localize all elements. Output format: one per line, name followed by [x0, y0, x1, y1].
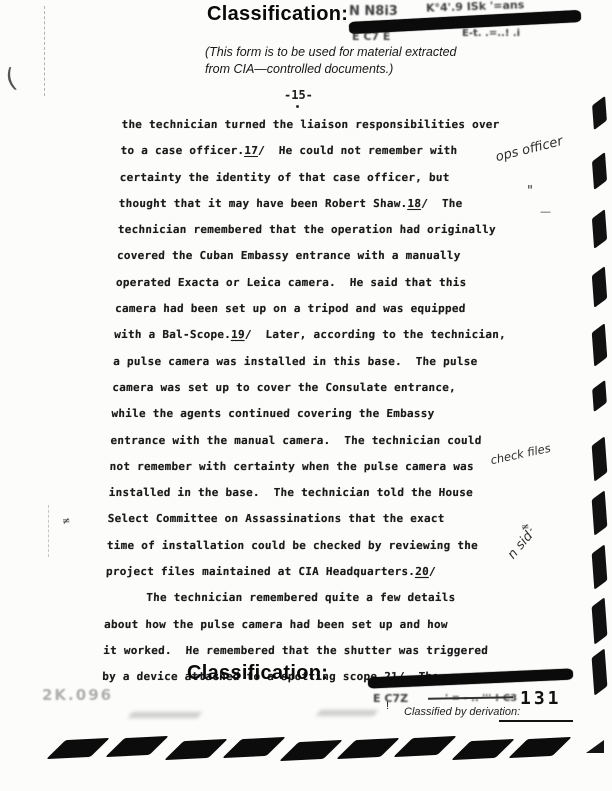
footer-classification-label: Classification: [187, 662, 328, 685]
scan-artifact-mark [592, 96, 607, 130]
scan-artifact-mark [592, 544, 608, 590]
body-text: the technician turned the liaison respon… [102, 112, 514, 691]
body-line: covered the Cuban Embassy entrance with … [116, 243, 509, 269]
header-classification-label: Classification: [207, 3, 348, 26]
scan-artifact-mark [592, 436, 608, 482]
margin-mark-left: ≠ [62, 516, 70, 527]
scan-smudge [317, 710, 378, 716]
scan-artifact-curve: ( [3, 63, 20, 95]
body-line: time of installation could be checked by… [106, 533, 499, 559]
classified-by-label: Classified by derivation: [404, 706, 520, 718]
scan-artifact-mark [592, 648, 608, 696]
body-line: about how the pulse camera had been set … [104, 612, 497, 638]
scan-artifact-mark [592, 209, 607, 249]
scanned-document-page: { "header": { "classification_label": "C… [0, 0, 612, 791]
body-line: technician remembered that the operation… [117, 217, 510, 243]
footer-stamp-smudge: E C7Z [373, 692, 408, 705]
body-line: thought that it may have been Robert Sha… [118, 191, 511, 217]
body-line: operated Exacta or Leica camera. He said… [116, 270, 509, 296]
scan-artifact-dashed-line [44, 6, 45, 96]
body-line: project files maintained at CIA Headquar… [105, 559, 498, 585]
scan-artifact-mark [592, 266, 607, 308]
classified-by-line [499, 720, 573, 722]
scan-smudge [129, 712, 202, 718]
handwritten-ditto-mark: " [527, 184, 533, 199]
page-number-bottom: 131 [520, 688, 562, 709]
body-line: entrance with the manual camera. The tec… [110, 428, 503, 454]
scan-artifact-mark [592, 323, 607, 367]
form-note-line1: (This form is to be used for material ex… [205, 44, 456, 61]
form-note-line2: from CIA—controlled documents.) [205, 61, 393, 78]
body-line: while the agents continued covering the … [111, 401, 504, 427]
body-line: The technician remembered quite a few de… [105, 585, 498, 611]
scan-artifact-mark [336, 738, 400, 759]
body-line: camera was set up to cover the Consulate… [112, 375, 505, 401]
scan-artifact-mark [592, 380, 607, 412]
scan-artifact-mark [508, 737, 572, 758]
stray-dash-mark: — [540, 205, 551, 218]
scan-artifact-mark [46, 738, 110, 759]
body-line: to a case officer.17/ He could not remem… [120, 138, 513, 164]
body-line: not remember with certainty when the pul… [109, 454, 502, 480]
scan-artifact-triangle [586, 740, 604, 753]
body-line: it worked. He remembered that the shutte… [103, 638, 496, 664]
body-line: certainty the identity of that case offi… [119, 165, 512, 191]
body-line: with a Bal-Scope.19/ Later, according to… [114, 322, 507, 348]
body-line: camera had been set up on a tripod and w… [115, 296, 508, 322]
scan-artifact-mark [105, 736, 169, 757]
header-stamp-smudge: E-t. .=..! .i [462, 28, 520, 39]
page-number-top: -15- [284, 88, 313, 102]
body-line: Select Committee on Assassinations that … [107, 506, 500, 532]
header-stamp-smudge: N N8i3 [349, 4, 398, 19]
scan-artifact-mark [222, 737, 286, 758]
stray-dot [296, 105, 299, 108]
scan-artifact-mark [279, 740, 343, 761]
stray-bang-mark: ! [386, 700, 389, 712]
handwritten-note-n-sid: n sid [505, 529, 536, 562]
header-stamp-smudge: E C7 E [352, 30, 390, 43]
scan-artifact-mark [164, 739, 228, 760]
scan-artifact-mark [592, 152, 607, 190]
scan-artifact-mark [592, 490, 608, 536]
body-line: installed in the base. The technician to… [108, 480, 501, 506]
document-number-stamp: 2K.096 [42, 686, 113, 704]
scan-artifact-mark [393, 736, 457, 757]
body-line: a pulse camera was installed in this bas… [113, 349, 506, 375]
scan-artifact-mark [592, 597, 608, 645]
header-stamp-smudge: K°4'.9 ISk '=ans [426, 0, 525, 15]
scan-artifact-mark [451, 739, 515, 760]
scan-artifact-dashed-line [48, 505, 49, 557]
body-line: the technician turned the liaison respon… [121, 112, 514, 138]
